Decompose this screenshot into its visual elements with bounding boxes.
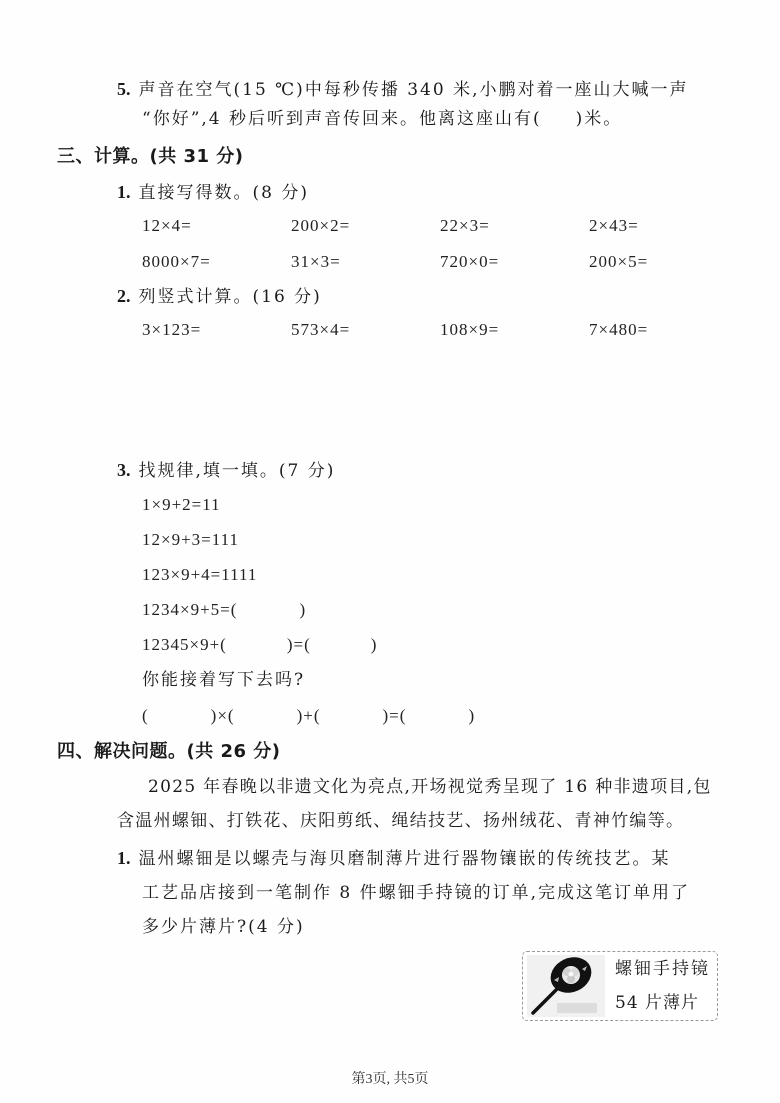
question-text: 声音在空气(15 ℃)中每秒传播 340 米,小鹏对着一座山大喊一声	[139, 80, 689, 100]
card-title: 螺钿手持镜	[615, 958, 710, 980]
expr-text: )=(	[383, 706, 407, 725]
expr-text: (	[142, 706, 149, 725]
hand-mirror-info-card: 螺钿手持镜 54 片薄片	[522, 951, 718, 1021]
expr-text: )	[299, 600, 306, 619]
expr-q2-1: 3×123=	[142, 319, 201, 341]
section-4-title: 四、解决问题。(共 26 分)	[57, 740, 281, 764]
pattern-line-5: 12345×9+()=()	[142, 634, 377, 656]
question-number: 1.	[117, 848, 131, 868]
section-3-q3-title: 3.找规律,填一填。(7 分)	[117, 459, 335, 482]
expr-text: 1234×9+5=(	[142, 600, 237, 619]
question-5-line-2: “你好”,4 秒后听到声音传回来。他离这座山有()米。	[142, 108, 622, 130]
expr-q1-r1-c4: 2×43=	[589, 215, 639, 237]
expr-q1-r1-c1: 12×4=	[142, 215, 192, 237]
expr-q1-r1-c3: 22×3=	[440, 215, 490, 237]
expr-q2-3: 108×9=	[440, 319, 499, 341]
hand-mirror-icon	[527, 955, 605, 1017]
section-3-q1-title: 1.直接写得数。(8 分)	[117, 181, 309, 204]
section-3-q2-title: 2.列竖式计算。(16 分)	[117, 285, 322, 308]
question-number: 3.	[117, 460, 131, 480]
section-4-q1-line-3: 多少片薄片?(4 分)	[142, 916, 305, 938]
expr-text: 12345×9+(	[142, 635, 227, 654]
expr-q1-r2-c3: 720×0=	[440, 251, 499, 273]
expr-q1-r1-c2: 200×2=	[291, 215, 350, 237]
section-3-title: 三、计算。(共 31 分)	[57, 145, 244, 169]
question-text: )米。	[576, 109, 623, 129]
expr-text: )×(	[211, 706, 235, 725]
pattern-general-line: ()×()+()=()	[142, 705, 475, 727]
page-number: 第3页, 共5页	[0, 1068, 780, 1088]
question-number: 5.	[117, 79, 131, 99]
question-text: 直接写得数。(8 分)	[139, 183, 309, 203]
pattern-prompt: 你能接着写下去吗?	[142, 669, 305, 691]
section-4-intro-line-1: 2025 年春晚以非遗文化为亮点,开场视觉秀呈现了 16 种非遗项目,包	[148, 776, 712, 798]
question-text: 找规律,填一填。(7 分)	[139, 461, 336, 481]
expr-q2-4: 7×480=	[589, 319, 648, 341]
question-5-line-1: 5.声音在空气(15 ℃)中每秒传播 340 米,小鹏对着一座山大喊一声	[117, 78, 688, 101]
question-number: 1.	[117, 182, 131, 202]
question-text: 温州螺钿是以螺壳与海贝磨制薄片进行器物镶嵌的传统技艺。某	[139, 849, 671, 869]
expr-text: )	[468, 706, 475, 725]
question-text: 列竖式计算。(16 分)	[139, 287, 322, 307]
expr-text: )	[371, 635, 378, 654]
section-4-q1-line-2: 工艺品店接到一笔制作 8 件螺钿手持镜的订单,完成这笔订单用了	[142, 882, 690, 904]
expr-q2-2: 573×4=	[291, 319, 350, 341]
expr-text: )=(	[287, 635, 311, 654]
question-number: 2.	[117, 286, 131, 306]
question-text: “你好”,4 秒后听到声音传回来。他离这座山有(	[142, 109, 542, 129]
pattern-line-2: 12×9+3=111	[142, 529, 239, 551]
pattern-line-1: 1×9+2=11	[142, 494, 221, 516]
section-4-q1-line-1: 1.温州螺钿是以螺壳与海贝磨制薄片进行器物镶嵌的传统技艺。某	[117, 847, 671, 870]
pattern-line-4: 1234×9+5=()	[142, 599, 306, 621]
pattern-line-3: 123×9+4=1111	[142, 564, 257, 586]
expr-q1-r2-c4: 200×5=	[589, 251, 648, 273]
expr-q1-r2-c1: 8000×7=	[142, 251, 211, 273]
hand-mirror-image	[527, 955, 605, 1017]
expr-q1-r2-c2: 31×3=	[291, 251, 341, 273]
section-4-intro-line-2: 含温州螺钿、打铁花、庆阳剪纸、绳结技艺、扬州绒花、青神竹编等。	[117, 810, 684, 832]
exam-page: 5.声音在空气(15 ℃)中每秒传播 340 米,小鹏对着一座山大喊一声 “你好…	[0, 0, 780, 1103]
card-subtitle: 54 片薄片	[615, 992, 699, 1014]
expr-text: )+(	[297, 706, 321, 725]
